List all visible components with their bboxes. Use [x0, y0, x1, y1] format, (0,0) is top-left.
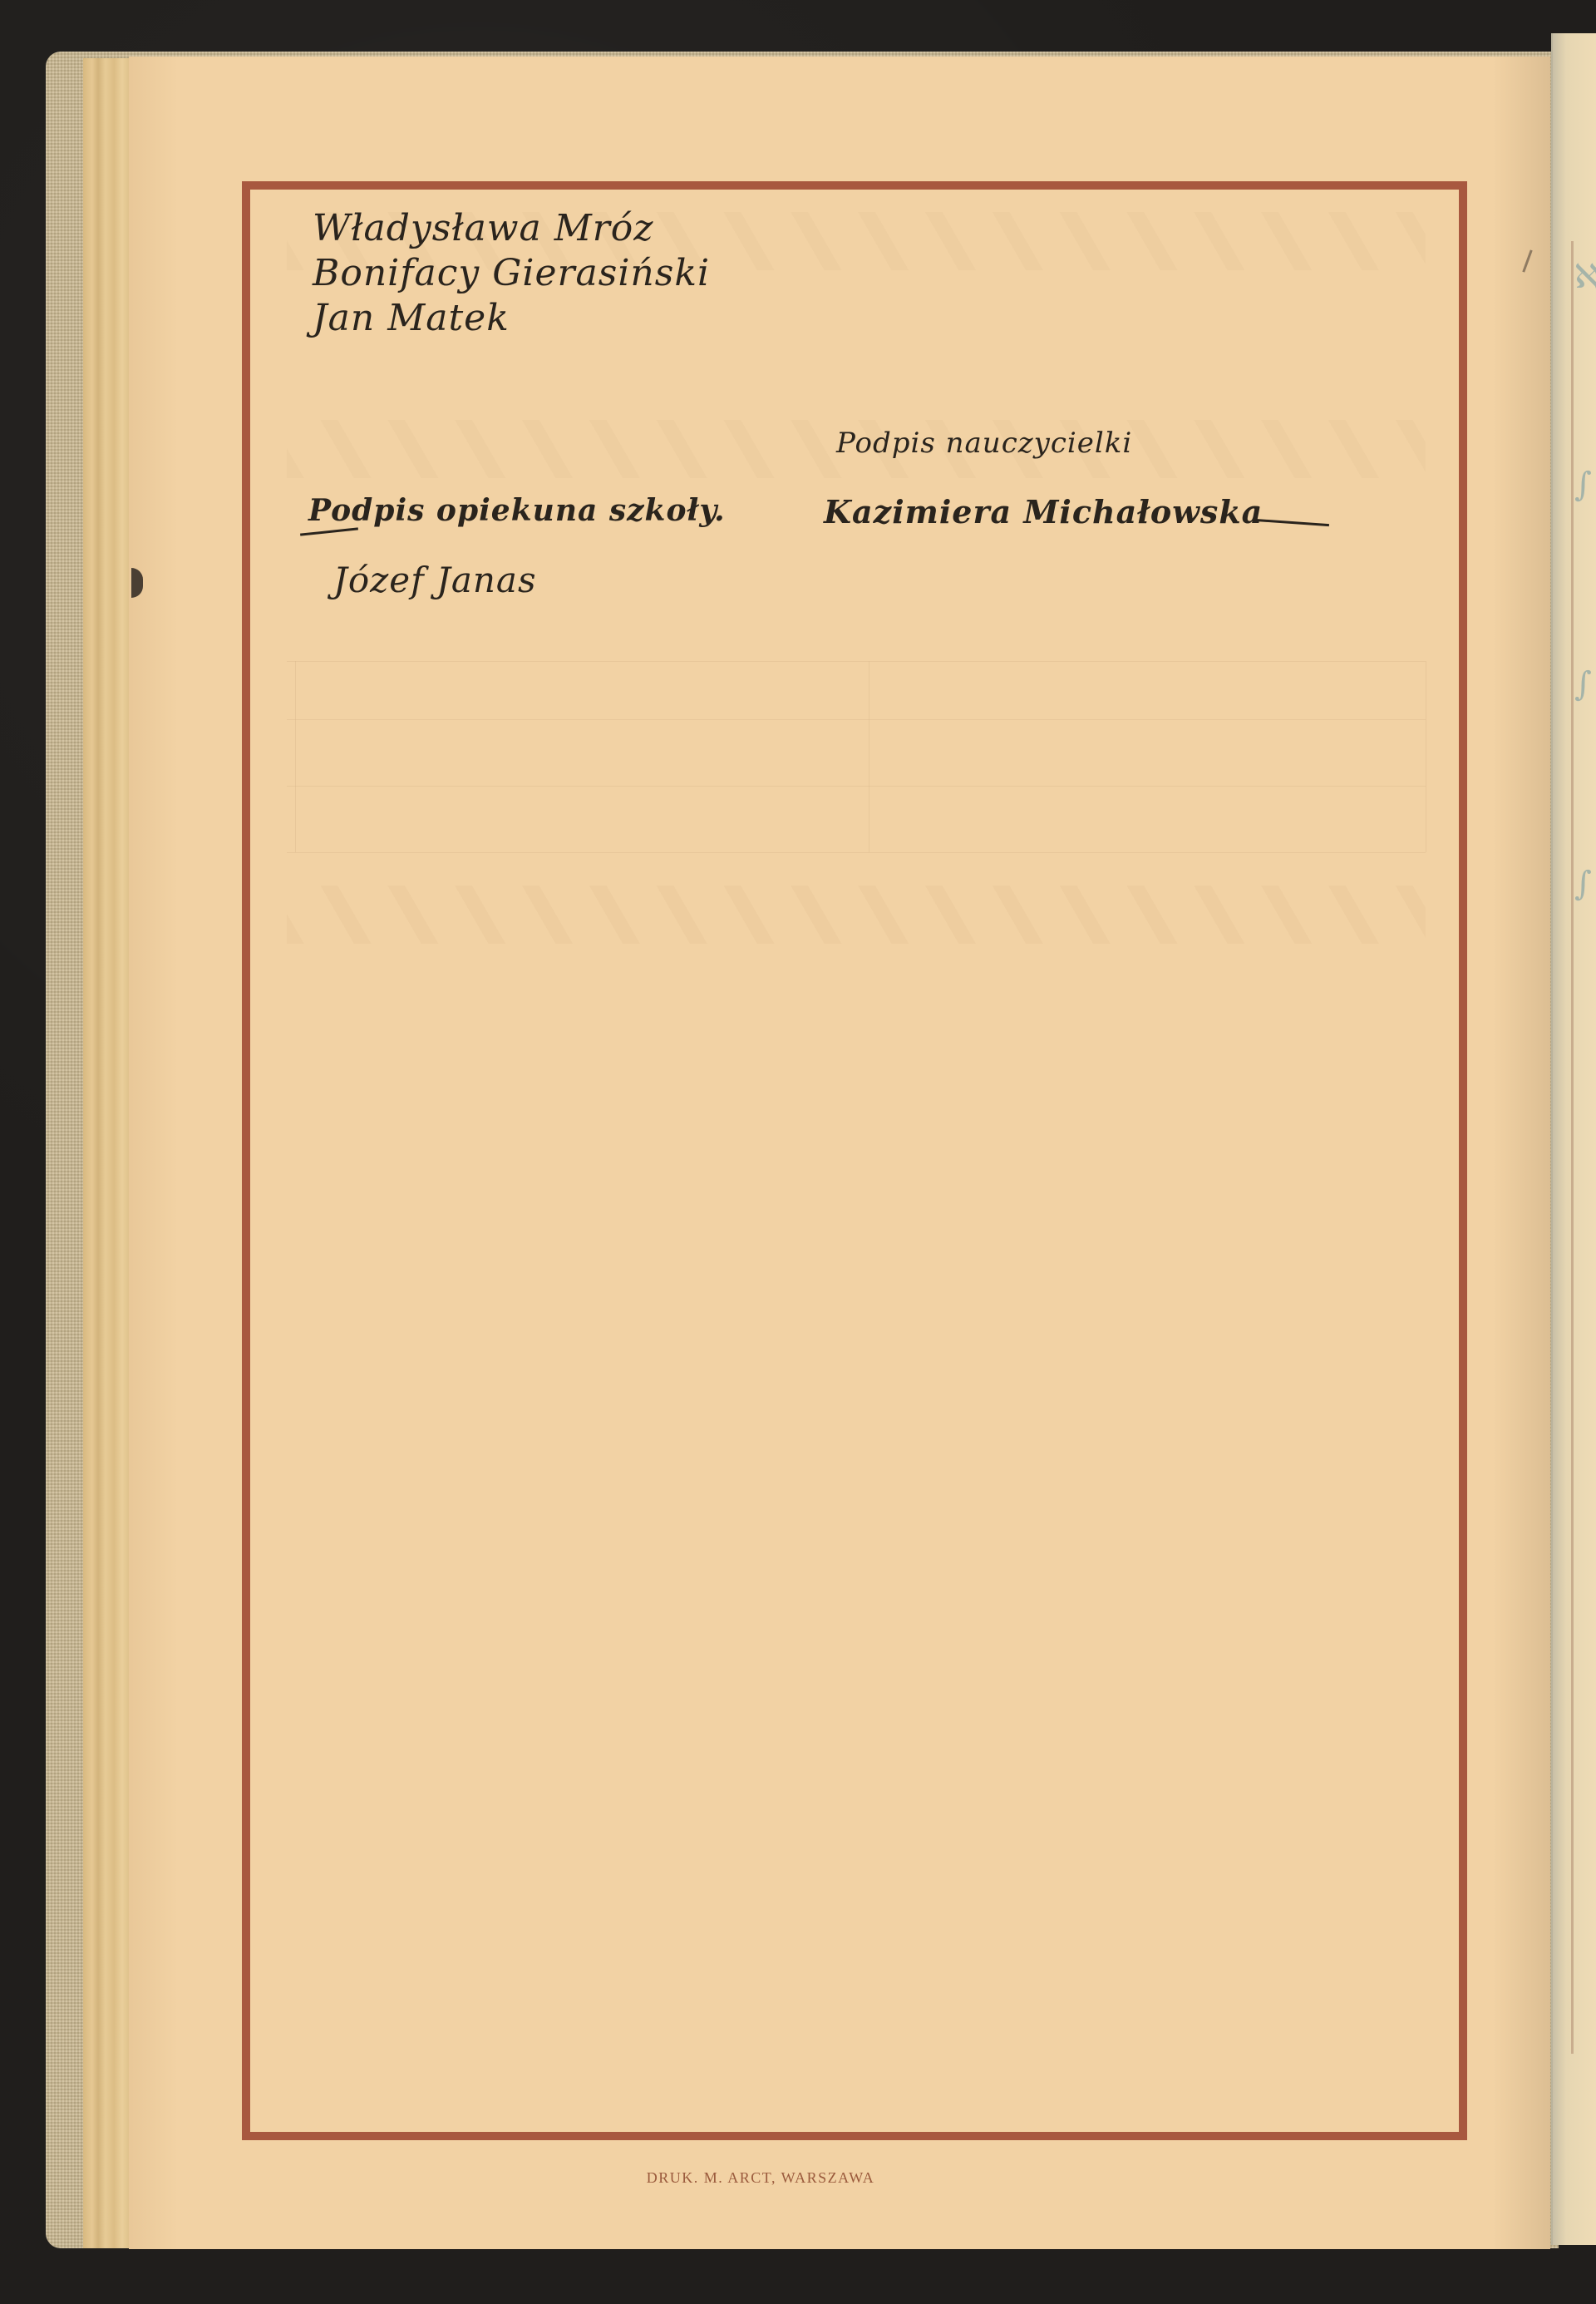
ornament-glyph-icon: ∫: [1574, 865, 1592, 903]
adjacent-page-border-ornament: [1571, 241, 1596, 2054]
adjacent-page-edge: ℵ ∫ ∫ ∫: [1551, 33, 1596, 2245]
teacher-signature-label: Podpis nauczycielki: [836, 427, 1132, 460]
ornament-glyph-icon: ∫: [1574, 665, 1592, 703]
handwritten-name: Jan Matek: [313, 296, 710, 341]
page-stack-gutter: [83, 58, 133, 2248]
printer-imprint-text: DRUK. M. ARCT, WARSZAWA: [647, 2169, 874, 2186]
ornament-glyph-icon: ∫: [1574, 466, 1592, 504]
scanned-book-spread: Władysława Mróz Bonifacy Gierasiński Jan…: [0, 0, 1596, 2304]
ornament-glyph-icon: ℵ: [1574, 258, 1596, 296]
teacher-signature: Kazimiera Michałowska: [824, 493, 1263, 530]
handwritten-names-block: Władysława Mróz Bonifacy Gierasiński Jan…: [313, 206, 710, 341]
handwritten-name: Władysława Mróz: [313, 206, 710, 251]
printer-imprint: DRUK. M. ARCT, WARSZAWA: [0, 2169, 1596, 2187]
page-border-frame: Władysława Mróz Bonifacy Gierasiński Jan…: [242, 181, 1467, 2140]
guardian-signature: Józef Janas: [333, 560, 537, 600]
handwritten-name: Bonifacy Gierasiński: [313, 251, 710, 296]
guardian-signature-label: Podpis opiekuna szkoły.: [308, 493, 726, 528]
